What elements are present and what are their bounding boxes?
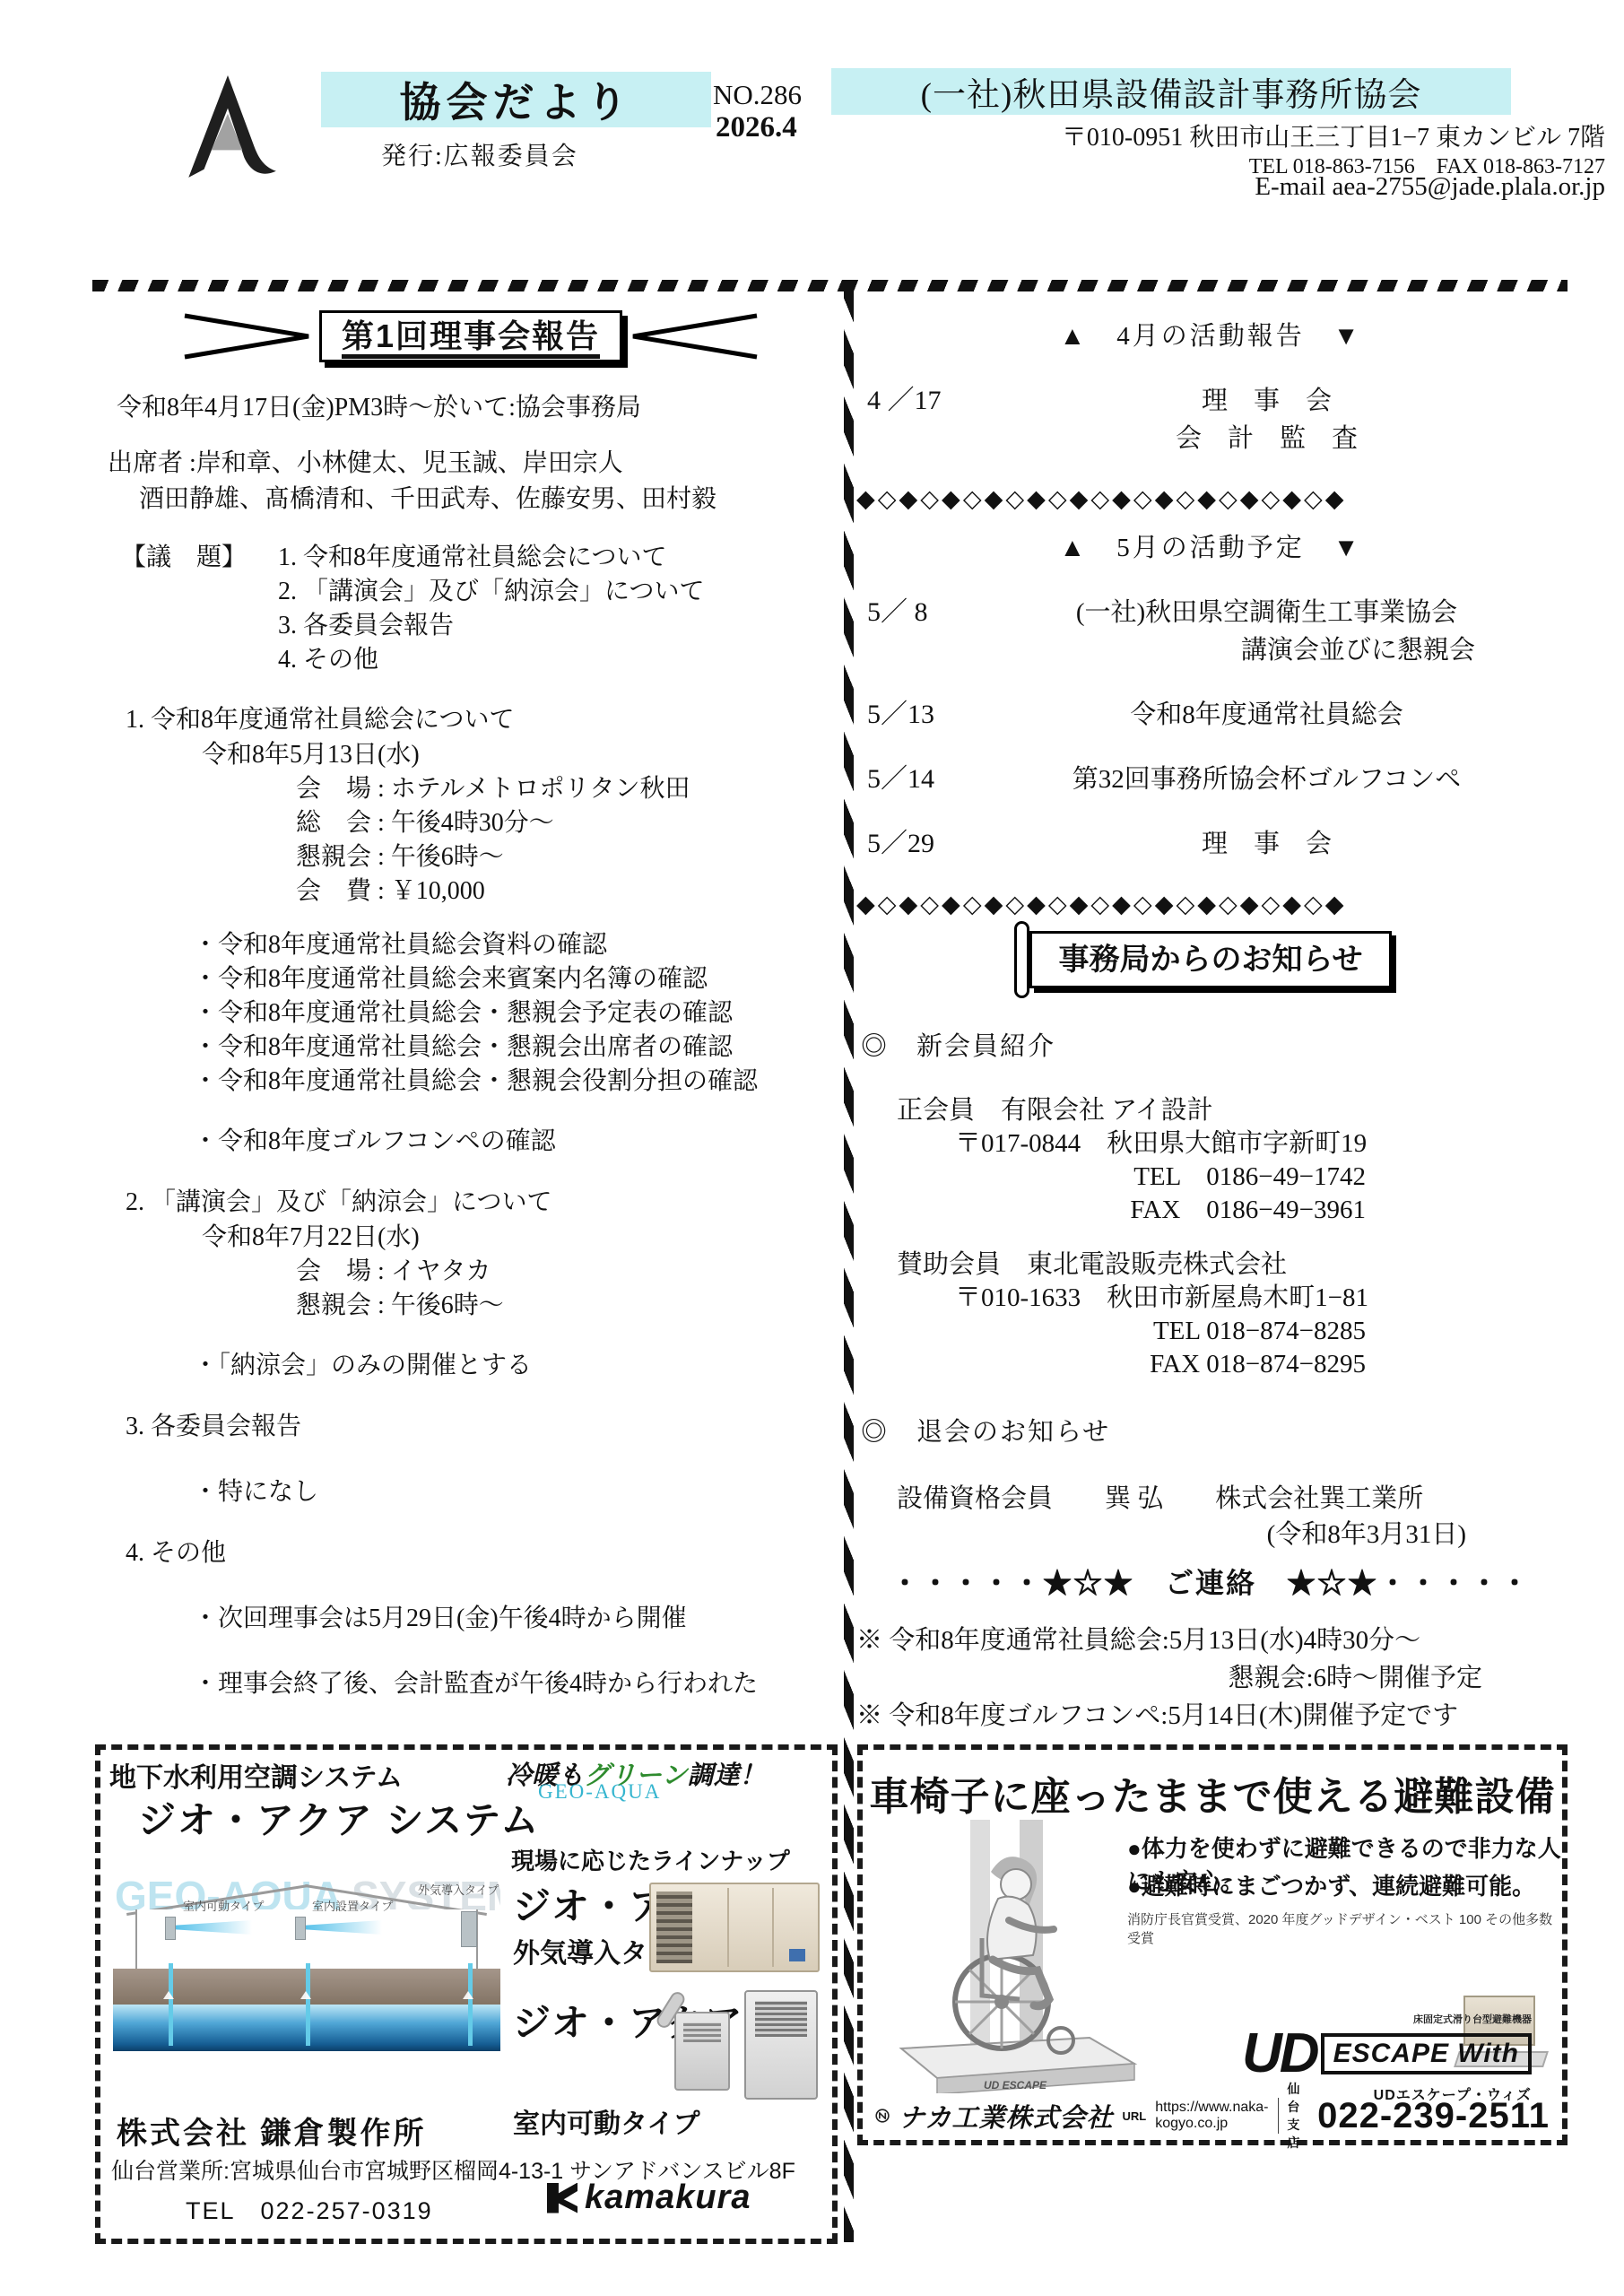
schedule-desc-line: 講演会並びに懇親会 [968,631,1565,669]
naka-phone: 022-239-2511 [1317,2096,1550,2136]
section4-title: 4. その他 [126,1535,843,1571]
board-report-banner: 第1回理事会報告 [99,305,843,368]
new-members-heading: ◎ 新会員紹介 [861,1028,1565,1065]
section3-note: ・特になし [193,1474,843,1510]
scroll-rod-icon [1014,921,1029,998]
indoor-unit [295,1917,306,1940]
banner-chevron-right-icon [626,312,760,361]
header-divider [92,280,1568,291]
section2-details: 会 場 : イヤタカ 懇親会 : 午後6時〜 [296,1255,843,1323]
schedule-desc-line: 理 事 会 [968,825,1565,863]
newsletter-page: { "header": { "title": "協会だより", "issue_n… [0,0,1624,2296]
portable-unit-image [674,2012,730,2091]
new-member-block: 賛助会員 東北電設販売株式会社 〒010-1633 秋田市新屋鳥木町1−81 T… [856,1248,1565,1381]
check-item: ・令和8年度通常社員総会来賓案内名簿の確認 [193,962,843,996]
organization-name: (一社)秋田県設備設計事務所協会 [831,68,1511,115]
geoaqua-logo: GEO-AQUA [538,1780,661,1804]
water-pipe [169,1963,173,2046]
geoaqua-ad: 地下水利用空調システム 冷暖もグリーン調達！ ジオ・アクア システム GEO-A… [95,1744,838,2244]
may-schedule-row: 5／ 8 (一社)秋田県空調衛生工事業協会 講演会並びに懇親会 [856,594,1565,669]
kamakura-brand-text: kamakura [585,2179,751,2217]
organization-email: E-mail aea-2755@jade.plala.or.jp [807,172,1605,202]
section2-date: 令和8年7月22日(水) [202,1221,843,1255]
tagline-post: 調達！ [687,1761,765,1790]
board-report-column: 第1回理事会報告 令和8年4月17日(金)PM3時〜於いて:協会事務局 出席者 … [99,305,843,1702]
office-news-banner-wrap: 事務局からのお知らせ [856,931,1565,988]
kamakura-company: 株式会社 鎌倉製作所 [117,2109,426,2152]
naka-branch: 仙台支店 [1287,2080,1308,2152]
portable-unit-grill [755,2001,807,2037]
check-item: ・令和8年度通常社員総会資料の確認 [193,928,843,962]
diamond-divider: ◆◇◆◇◆◇◆◇◆◇◆◇◆◇◆◇◆◇◆◇◆◇◆ [856,481,1565,517]
member-address: 〒017-0844 秋田県大館市字新町19 [955,1127,1565,1161]
notice-line: ※ 令和8年度通常社員総会:5月13日(水)4時30分〜 [856,1622,1565,1659]
member-tel: TEL 018−874−8285 [856,1315,1565,1348]
april-activity-row: 4 ／17 理 事 会 会 計 監 査 [856,382,1565,457]
naka-bottom-bar: ナカ工業株式会社 URL https://www.naka-kogyo.co.j… [875,2092,1550,2139]
ahu-product-image [649,1883,820,1972]
board-report-title: 第1回理事会報告 [319,310,622,362]
section2-note: ・「納涼会」のみの開催とする [193,1348,843,1384]
activity-date: 4 ／17 [856,382,968,457]
lineup-heading: 現場に応じたラインナップ [511,1843,790,1876]
product2-type: 室内可動タイプ [513,2101,700,2141]
schedule-date: 5／ 8 [856,594,968,669]
naka-logo-icon [875,2099,890,2133]
schedule-desc-line: 令和8年度通常社員総会 [968,696,1565,734]
attendees-line-2: 酒田静雄、髙橋清和、千田武寿、佐藤安男、田村毅 [139,482,843,517]
naka-url: https://www.naka-kogyo.co.jp [1155,2100,1268,2132]
detail-row: 総 会 : 午後4時30分〜 [296,806,843,840]
wheelchair-evacuation-illustration: UD ESCAPE [885,1820,1145,2093]
section4-note-2: ・理事会終了後、会計監査が午後4時から行われた [193,1666,843,1702]
outdoor-unit [461,1911,477,1947]
agenda-label: 【議 題】 [121,541,278,677]
schedule-date: 5／13 [856,696,968,734]
portable-unit-grill [683,2022,721,2042]
section3-title: 3. 各委員会報告 [126,1409,843,1445]
activity-desc-line: 理 事 会 [968,382,1565,420]
schedule-desc: 令和8年度通常社員総会 [968,696,1565,734]
member-name: 正会員 有限会社 アイ設計 [897,1094,1565,1127]
agenda-item: 1. 令和8年度通常社員総会について [278,541,704,575]
member-fax: FAX 0186−49−3961 [856,1194,1565,1227]
issue-number: NO.286 [713,79,802,111]
diagram-label-mobile: 室内可動タイプ [183,1897,264,1914]
banner-chevron-left-icon [181,312,316,361]
bottom-bar-divider [1278,2098,1279,2134]
golf-check-item: ・令和8年度ゴルフコンペの確認 [193,1124,843,1160]
agenda-block: 【議 題】 1. 令和8年度通常社員総会について 2. 「講演会」及び「納涼会」… [121,541,843,677]
naka-awards: 消防庁長官賞受賞、2020 年度グッドデザイン・ベスト 100 その他多数受賞 [1127,1909,1562,1947]
activity-desc: 理 事 会 会 計 監 査 [968,382,1565,457]
newsletter-title: 協会だより [321,72,711,127]
check-item: ・令和8年度通常社員総会・懇親会予定表の確認 [193,996,843,1031]
notice-line: 懇親会:6時〜開催予定 [856,1659,1565,1697]
office-news-banner: 事務局からのお知らせ [1029,931,1393,988]
agenda-item: 3. 各委員会報告 [278,609,704,643]
section1-checklist: ・令和8年度通常社員総会資料の確認 ・令和8年度通常社員総会来賓案内名簿の確認 … [193,928,843,1099]
withdrawal-date: (令和8年3月31日) [856,1518,1565,1552]
detail-row: 懇親会 : 午後6時〜 [296,840,843,874]
association-logo-icon [175,74,281,183]
board-report-title-text: 第1回理事会報告 [342,317,600,354]
attendees-line-1: 出席者 :岸和章、小林健太、児玉誠、岸田宗人 [108,446,843,482]
check-item: ・令和8年度通常社員総会・懇親会役割分担の確認 [193,1065,843,1099]
section2-title: 2. 「講演会」及び「納涼会」について [126,1185,843,1221]
portable-unit-image [744,1990,818,2100]
kamakura-tel: TEL 022-257-0319 [186,2191,433,2226]
ud-logo-row: UD ESCAPE With [1242,2028,1532,2080]
office-news-banner-text: 事務局からのお知らせ [1059,943,1363,977]
may-schedule-row: 5／14 第32回事務所協会杯ゴルフコンペ [856,761,1565,798]
naka-url-label: URL [1123,2109,1147,2123]
agenda-items: 1. 令和8年度通常社員総会について 2. 「講演会」及び「納涼会」について 3… [278,541,704,677]
geoaqua-title: ジオ・アクア システム [138,1791,540,1845]
publisher: 発行:広報委員会 [381,136,578,172]
may-schedule-row: 5／29 理 事 会 [856,825,1565,863]
new-member-block: 正会員 有限会社 アイ設計 〒017-0844 秋田県大館市字新町19 TEL … [856,1094,1565,1227]
contact-heading: ・・・・・★☆★ ご連絡 ★☆★・・・・・ [856,1564,1565,1602]
withdrawal-heading: ◎ 退会のお知らせ [861,1413,1565,1451]
detail-row: 懇親会 : 午後6時〜 [296,1289,843,1323]
naka-company: ナカ工業株式会社 [899,2098,1113,2135]
schedule-date: 5／14 [856,761,968,798]
slide-label: UD ESCAPE [984,2079,1047,2092]
geoaqua-diagram: GEO-AQUA SYSTEM 室内可動タイプ 室内設置タイプ 外気導入タイプ [113,1838,500,2051]
issue-date: 2026.4 [716,111,797,144]
naka-ad: 車椅子に座ったままで使える避難設備 ●体力を使わずに避難できるので非力な人にも安… [857,1744,1568,2145]
section1-details: 会 場 : ホテルメトロポリタン秋田 総 会 : 午後4時30分〜 懇親会 : … [296,772,843,909]
schedule-desc: 第32回事務所協会杯ゴルフコンペ [968,761,1565,798]
ahu-seam [772,1888,774,1967]
flow-arrow-icon [463,1991,473,1999]
notice-line: ※ 令和8年度ゴルフコンペ:5月14日(木)開催予定です [856,1697,1565,1735]
member-fax: FAX 018−874−8295 [856,1348,1565,1381]
ud-logo-ud: UD [1242,2028,1317,2080]
water-pipe [468,1963,473,2046]
diagram-label-indoor: 室内設置タイプ [312,1897,393,1914]
meeting-held-line: 令和8年4月17日(金)PM3時〜於いて:協会事務局 [117,390,843,426]
geoaqua-tagline-left: 地下水利用空調システム [109,1755,403,1795]
diamond-divider: ◆◇◆◇◆◇◆◇◆◇◆◇◆◇◆◇◆◇◆◇◆◇◆ [856,886,1565,922]
ud-logo-escape-with: ESCAPE With [1321,2033,1532,2074]
detail-row: 会 場 : ホテルメトロポリタン秋田 [296,772,843,806]
schedule-desc: (一社)秋田県空調衛生工事業協会 講演会並びに懇親会 [968,594,1565,669]
section4-note-1: ・次回理事会は5月29日(金)午後4時から開催 [193,1601,843,1637]
flow-arrow-icon [163,1991,174,1999]
member-address: 〒010-1633 秋田市新屋鳥木町1−81 [955,1282,1565,1315]
kamakura-logo-icon [547,2183,578,2213]
detail-row: 会 場 : イヤタカ [296,1255,843,1289]
schedule-desc-line: (一社)秋田県空調衛生工事業協会 [968,594,1565,631]
detail-row: 会 費 : ￥10,000 [296,874,843,909]
agenda-item: 4. その他 [278,643,704,677]
schedule-date: 5／29 [856,825,968,863]
association-logo [175,74,281,183]
water-pipe [306,1963,310,2046]
agenda-item: 2. 「講演会」及び「納涼会」について [278,575,704,609]
withdrawal-member: 設備資格会員 巽 弘 株式会社巽工業所 [897,1480,1565,1518]
ahu-seam [727,1888,729,1967]
ahu-control-panel [789,1949,805,1961]
column-divider [844,287,854,2242]
kamakura-brand: kamakura [547,2179,751,2217]
check-item: ・令和8年度通常社員総会・懇親会出席者の確認 [193,1031,843,1065]
flow-arrow-icon [300,1991,311,1999]
ahu-vents [656,1892,692,1963]
diagram-label-outdoor: 外気導入タイプ [418,1881,499,1898]
activity-desc-line: 会 計 監 査 [968,420,1565,457]
may-schedule-header: ▲ 5月の活動予定 ▼ [856,529,1565,567]
member-name: 賛助会員 東北電設販売株式会社 [897,1248,1565,1282]
april-activities-header: ▲ 4月の活動報告 ▼ [856,317,1565,355]
schedule-desc: 理 事 会 [968,825,1565,863]
activities-column: ▲ 4月の活動報告 ▼ 4 ／17 理 事 会 会 計 監 査 ◆◇◆◇◆◇◆◇… [856,305,1565,1735]
ud-escape-logo: 床固定式滑り台型避難機器 UD ESCAPE With UDエスケープ・ウィズ [1242,2012,1532,2104]
section1-date: 令和8年5月13日(水) [202,738,843,772]
schedule-desc-line: 第32回事務所協会杯ゴルフコンペ [968,761,1565,798]
section1-title: 1. 令和8年度通常社員総会について [126,702,843,738]
naka-bullet-2: ●避難時にまごつかず、連続避難可能。 [1127,1868,1535,1901]
naka-ad-title: 車椅子に座ったままで使える避難設備 [863,1764,1562,1822]
member-tel: TEL 0186−49−1742 [856,1161,1565,1194]
indoor-unit [165,1917,176,1940]
may-schedule-row: 5／13 令和8年度通常社員総会 [856,696,1565,734]
